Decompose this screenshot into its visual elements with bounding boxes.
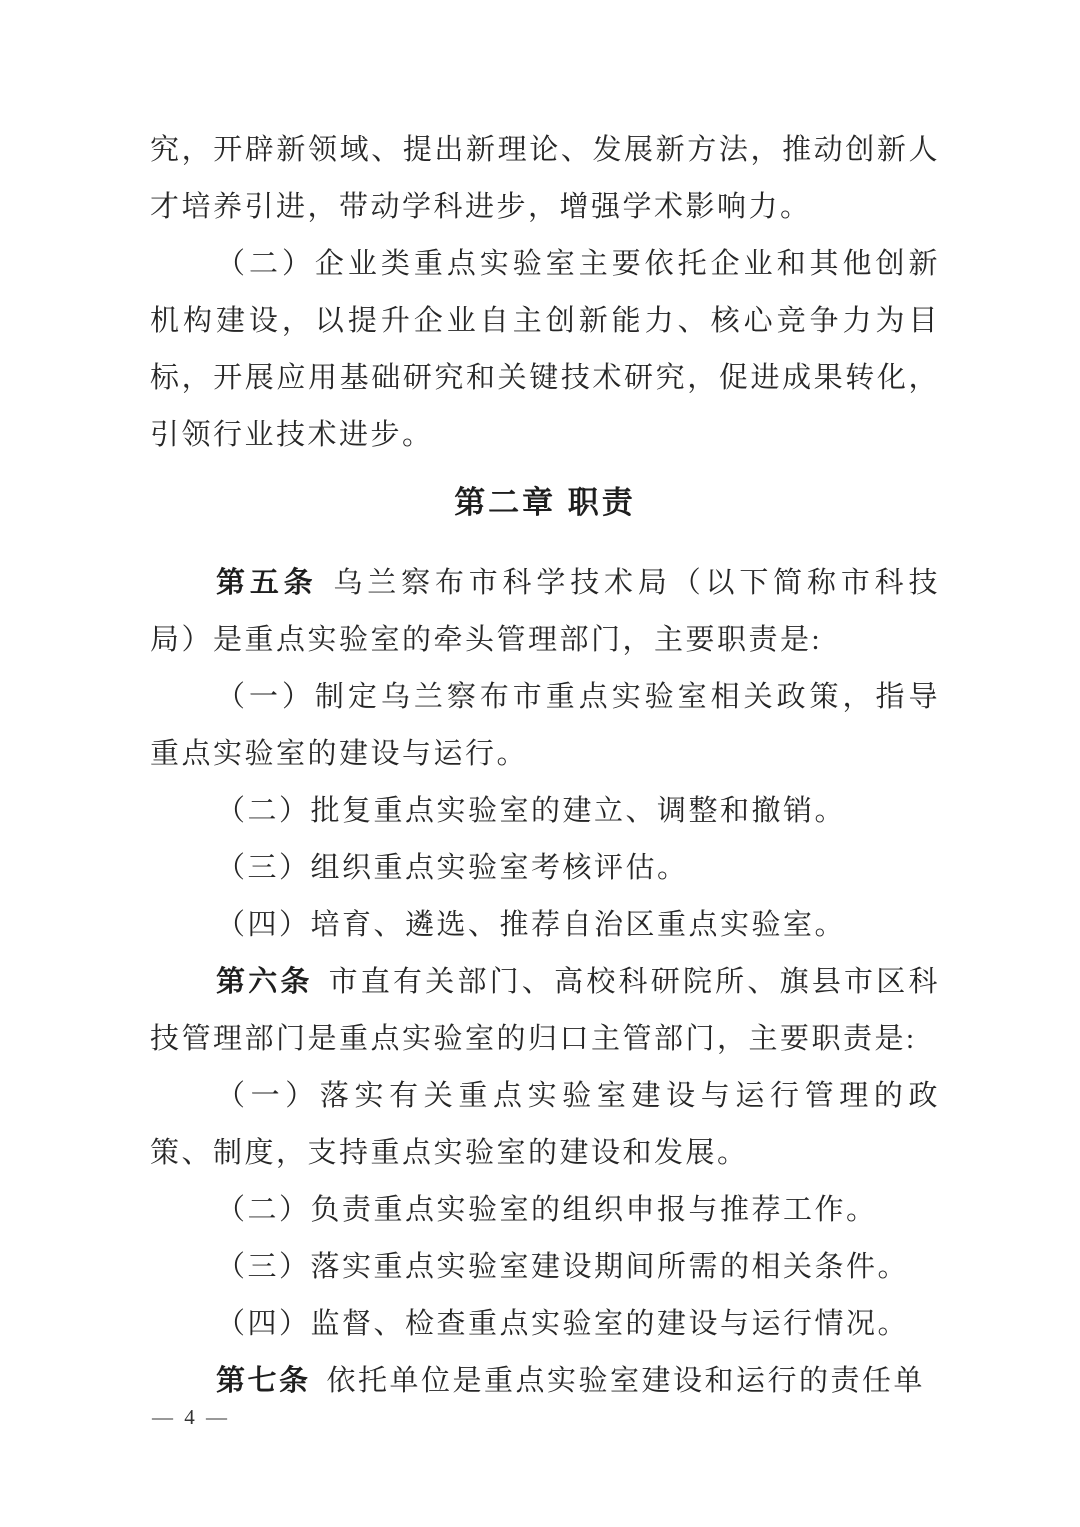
article-paragraph: 第七条依托单位是重点实验室建设和运行的责任单	[150, 1353, 940, 1410]
article-number: 第六条	[216, 966, 313, 998]
body-paragraph: （三）落实重点实验室建设期间所需的相关条件。	[150, 1239, 940, 1296]
body-paragraph: （二）批复重点实验室的建立、调整和撤销。	[150, 783, 940, 840]
document-page: 究，开辟新领域、提出新理论、发展新方法，推动创新人才培养引进，带动学科进步，增强…	[0, 0, 1080, 1527]
body-paragraph: （三）组织重点实验室考核评估。	[150, 840, 940, 897]
body-paragraph: （四）培育、遴选、推荐自治区重点实验室。	[150, 897, 940, 954]
article-paragraph: 第五条乌兰察布市科学技术局（以下简称市科技局）是重点实验室的牵头管理部门，主要职…	[150, 555, 940, 669]
body-paragraph: （一）制定乌兰察布市重点实验室相关政策，指导重点实验室的建设与运行。	[150, 669, 940, 783]
body-paragraph: （一）落实有关重点实验室建设与运行管理的政策、制度，支持重点实验室的建设和发展。	[150, 1068, 940, 1182]
page-number: — 4 —	[152, 1405, 230, 1430]
body-paragraph: 究，开辟新领域、提出新理论、发展新方法，推动创新人才培养引进，带动学科进步，增强…	[150, 122, 940, 236]
body-paragraph: （二）企业类重点实验室主要依托企业和其他创新机构建设，以提升企业自主创新能力、核…	[150, 236, 940, 464]
document-body: 究，开辟新领域、提出新理论、发展新方法，推动创新人才培养引进，带动学科进步，增强…	[150, 122, 940, 1410]
article-number: 第七条	[216, 1365, 311, 1397]
article-paragraph: 第六条市直有关部门、高校科研院所、旗县市区科技管理部门是重点实验室的归口主管部门…	[150, 954, 940, 1068]
body-paragraph: （四）监督、检查重点实验室的建设与运行情况。	[150, 1296, 940, 1353]
chapter-heading: 第二章 职责	[150, 474, 940, 531]
article-number: 第五条	[216, 567, 317, 599]
article-text: 依托单位是重点实验室建设和运行的责任单	[326, 1365, 925, 1397]
body-paragraph: （二）负责重点实验室的组织申报与推荐工作。	[150, 1182, 940, 1239]
